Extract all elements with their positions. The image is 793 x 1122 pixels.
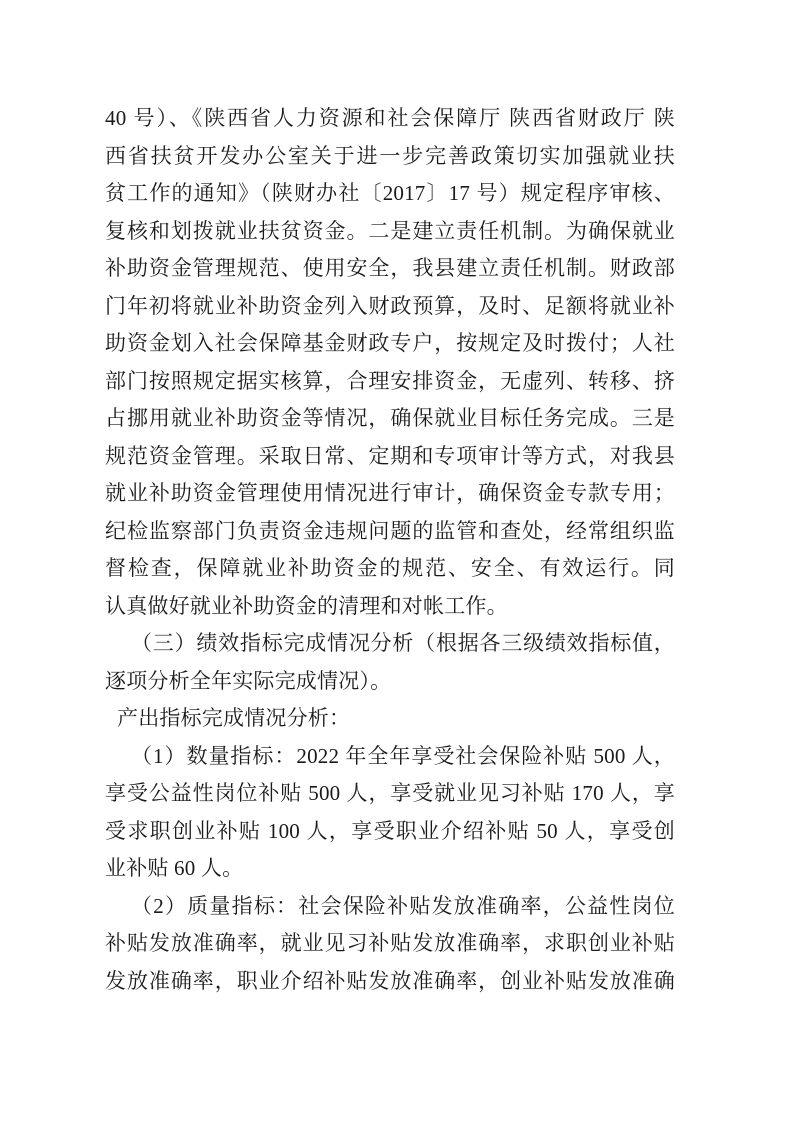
document-line: 部门按照规定据实核算，合理安排资金，无虚列、转移、挤 — [105, 363, 675, 401]
document-line: 逐项分析全年实际完成情况）。 — [105, 663, 675, 701]
document-line: 助资金划入社会保障基金财政专户，按规定及时拨付；人社 — [105, 325, 675, 363]
document-text-block: 40 号）、《陕西省人力资源和社会保障厅 陕西省财政厅 陕西省扶贫开发办公室关于… — [105, 100, 675, 1000]
document-line: 发放准确率，职业介绍补贴发放准确率，创业补贴发放准确 — [105, 963, 675, 1001]
document-line: （三）绩效指标完成情况分析（根据各三级绩效指标值， — [105, 625, 675, 663]
document-line: 40 号）、《陕西省人力资源和社会保障厅 陕西省财政厅 陕 — [105, 100, 675, 138]
document-line: 贫工作的通知》（陕财办社〔2017〕17 号）规定程序审核、 — [105, 175, 675, 213]
document-line: 业补贴 60 人。 — [105, 850, 675, 888]
document-line: 认真做好就业补助资金的清理和对帐工作。 — [105, 588, 675, 626]
document-line: 产出指标完成情况分析： — [105, 700, 675, 738]
document-line: 享受公益性岗位补贴 500 人，享受就业见习补贴 170 人，享 — [105, 775, 675, 813]
document-line: 督检查，保障就业补助资金的规范、安全、有效运行。同时， — [105, 550, 675, 588]
document-line: 规范资金管理。采取日常、定期和专项审计等方式，对我县 — [105, 438, 675, 476]
document-line: （1）数量指标：2022 年全年享受社会保险补贴 500 人， — [105, 738, 675, 776]
document-line: 就业补助资金管理使用情况进行审计，确保资金专款专用； — [105, 475, 675, 513]
document-line: 受求职创业补贴 100 人，享受职业介绍补贴 50 人，享受创 — [105, 813, 675, 851]
document-line: 门年初将就业补助资金列入财政预算，及时、足额将就业补 — [105, 288, 675, 326]
document-page: 40 号）、《陕西省人力资源和社会保障厅 陕西省财政厅 陕西省扶贫开发办公室关于… — [0, 0, 793, 1122]
document-line: 西省扶贫开发办公室关于进一步完善政策切实加强就业扶 — [105, 138, 675, 176]
document-line: 纪检监察部门负责资金违规问题的监管和查处，经常组织监 — [105, 513, 675, 551]
document-line: 补贴发放准确率，就业见习补贴发放准确率，求职创业补贴 — [105, 925, 675, 963]
document-line: （2）质量指标：社会保险补贴发放准确率，公益性岗位 — [105, 888, 675, 926]
document-line: 补助资金管理规范、使用安全，我县建立责任机制。财政部 — [105, 250, 675, 288]
document-line: 占挪用就业补助资金等情况，确保就业目标任务完成。三是 — [105, 400, 675, 438]
document-line: 复核和划拨就业扶贫资金。二是建立责任机制。为确保就业 — [105, 213, 675, 251]
